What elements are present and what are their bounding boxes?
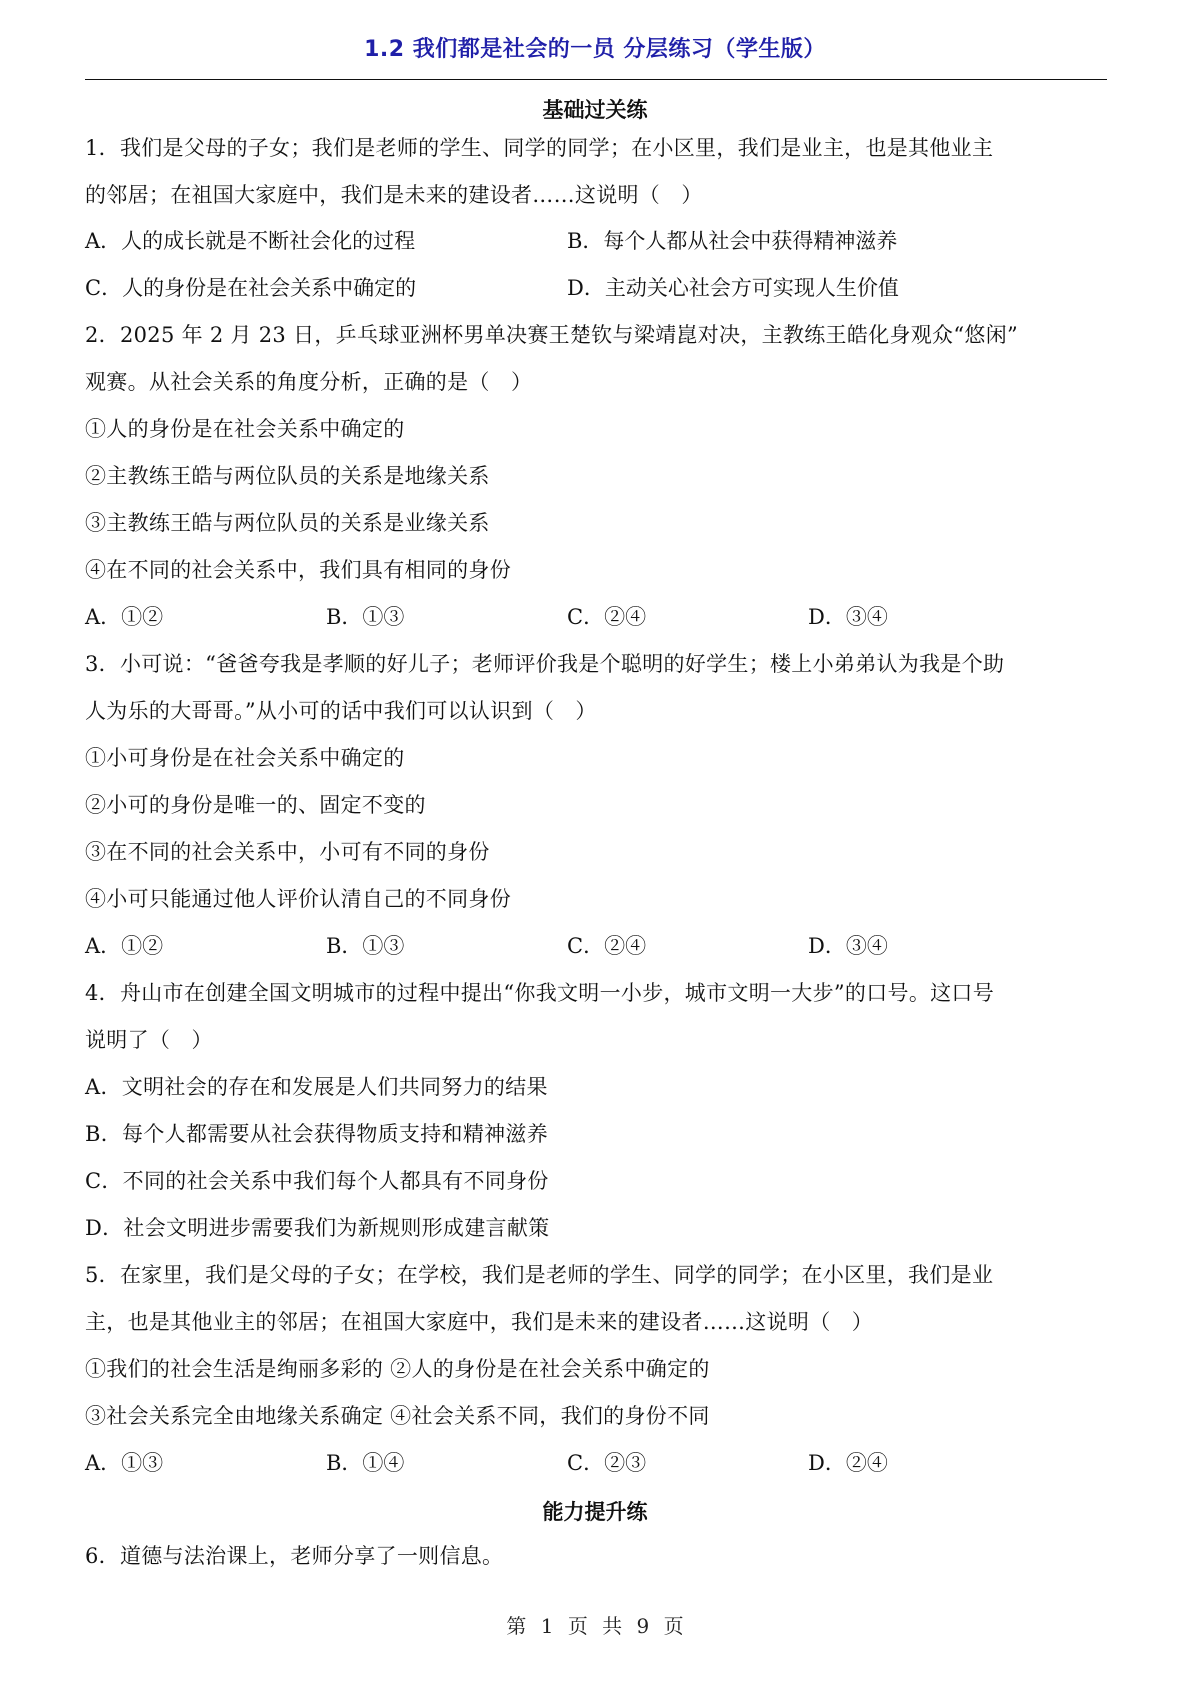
- question-6-stem-line-1: 6．道德与法治课上，老师分享了一则信息。: [85, 1541, 1110, 1571]
- option-d[interactable]: D．③④: [808, 931, 888, 961]
- question-5-stem-line-1: 5．在家里，我们是父母的子女；在学校，我们是老师的学生、同学的同学；在小区里，我…: [85, 1260, 1110, 1290]
- option-a[interactable]: A．文明社会的存在和发展是人们共同努力的结果: [85, 1072, 1110, 1102]
- option-d[interactable]: D．③④: [808, 602, 888, 632]
- option-c[interactable]: C．②④: [567, 602, 646, 632]
- question-5-statements-1-2: ①我们的社会生活是绚丽多彩的 ②人的身份是在社会关系中确定的: [85, 1354, 1110, 1384]
- question-5-statements-3-4: ③社会关系完全由地缘关系确定 ④社会关系不同，我们的身份不同: [85, 1401, 1110, 1431]
- question-3-statement-1: ①小可身份是在社会关系中确定的: [85, 743, 1110, 773]
- option-b[interactable]: B．每个人都从社会中获得精神滋养: [567, 226, 897, 256]
- option-a[interactable]: A．人的成长就是不断社会化的过程: [85, 226, 415, 256]
- question-3-stem-line-1: 3．小可说：“爸爸夸我是孝顺的好儿子；老师评价我是个聪明的好学生；楼上小弟弟认为…: [85, 649, 1110, 679]
- question-5-stem-line-2: 主，也是其他业主的邻居；在祖国大家庭中，我们是未来的建设者……这说明（ ）: [85, 1307, 1110, 1337]
- title-divider: [85, 79, 1107, 80]
- question-2-stem-line-1: 2．2025 年 2 月 23 日，乒乓球亚洲杯男单决赛王楚钦与梁靖崑对决，主教…: [85, 320, 1110, 350]
- document-title: 1.2 我们都是社会的一员 分层练习（学生版）: [0, 32, 1190, 63]
- question-3-statement-2: ②小可的身份是唯一的、固定不变的: [85, 790, 1110, 820]
- question-4-stem-line-2: 说明了（ ）: [85, 1025, 1110, 1055]
- option-c[interactable]: C．不同的社会关系中我们每个人都具有不同身份: [85, 1166, 1110, 1196]
- question-3-statement-4: ④小可只能通过他人评价认清自己的不同身份: [85, 884, 1110, 914]
- section-heading-advanced: 能力提升练: [0, 1496, 1190, 1526]
- page-footer: 第 1 页 共 9 页: [0, 1610, 1190, 1639]
- option-b[interactable]: B．每个人都需要从社会获得物质支持和精神滋养: [85, 1119, 1110, 1149]
- option-c[interactable]: C．②④: [567, 931, 646, 961]
- option-b[interactable]: B．①④: [326, 1448, 404, 1478]
- question-2-statement-2: ②主教练王皓与两位队员的关系是地缘关系: [85, 461, 1110, 491]
- option-d[interactable]: D．社会文明进步需要我们为新规则形成建言献策: [85, 1213, 1110, 1243]
- option-a[interactable]: A．①②: [85, 602, 163, 632]
- option-c[interactable]: C．②③: [567, 1448, 646, 1478]
- question-1-stem-line-1: 1．我们是父母的子女；我们是老师的学生、同学的同学；在小区里，我们是业主，也是其…: [85, 133, 1110, 163]
- question-2-statement-1: ①人的身份是在社会关系中确定的: [85, 414, 1110, 444]
- question-4-stem-line-1: 4．舟山市在创建全国文明城市的过程中提出“你我文明一小步，城市文明一大步”的口号…: [85, 978, 1110, 1008]
- option-a[interactable]: A．①③: [85, 1448, 163, 1478]
- option-d[interactable]: D．主动关心社会方可实现人生价值: [567, 273, 899, 303]
- document-page: 1.2 我们都是社会的一员 分层练习（学生版） 基础过关练 1．我们是父母的子女…: [0, 0, 1190, 1682]
- section-heading-basic: 基础过关练: [0, 94, 1190, 124]
- question-1-stem-line-2: 的邻居；在祖国大家庭中，我们是未来的建设者……这说明（ ）: [85, 180, 1110, 210]
- question-2-statement-3: ③主教练王皓与两位队员的关系是业缘关系: [85, 508, 1110, 538]
- option-b[interactable]: B．①③: [326, 602, 404, 632]
- option-a[interactable]: A．①②: [85, 931, 163, 961]
- option-b[interactable]: B．①③: [326, 931, 404, 961]
- option-d[interactable]: D．②④: [808, 1448, 888, 1478]
- question-2-statement-4: ④在不同的社会关系中，我们具有相同的身份: [85, 555, 1110, 585]
- question-3-statement-3: ③在不同的社会关系中，小可有不同的身份: [85, 837, 1110, 867]
- option-c[interactable]: C．人的身份是在社会关系中确定的: [85, 273, 416, 303]
- question-3-stem-line-2: 人为乐的大哥哥。”从小可的话中我们可以认识到（ ）: [85, 696, 1110, 726]
- question-2-stem-line-2: 观赛。从社会关系的角度分析，正确的是（ ）: [85, 367, 1110, 397]
